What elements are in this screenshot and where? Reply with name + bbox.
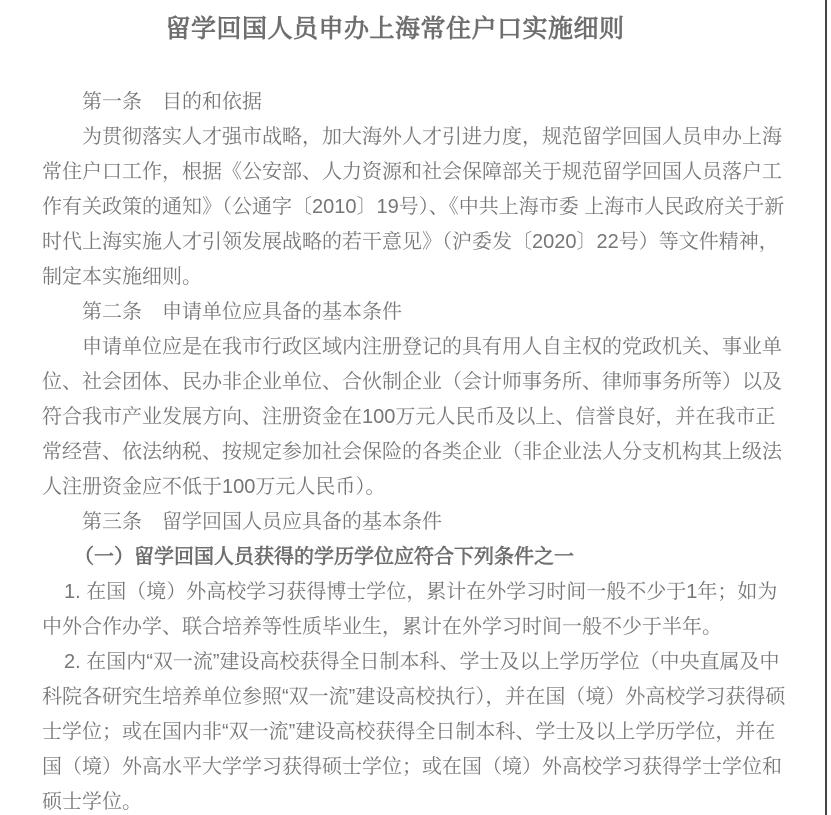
paragraph-body: 为贯彻落实人才强市战略，加大海外人才引进力度，规范留学回国人员申办上海常住户口工… bbox=[42, 120, 790, 295]
paragraph-num: 2. 在国内“双一流”建设高校获得全日制本科、学士及以上学历学位（中央直属及中科… bbox=[42, 645, 790, 815]
document-body: 第一条 目的和依据为贯彻落实人才强市战略，加大海外人才引进力度，规范留学回国人员… bbox=[42, 85, 790, 815]
paragraph-heading: 第三条 留学回国人员应具备的基本条件 bbox=[42, 505, 790, 540]
paragraph-bold: （一）留学回国人员获得的学历学位应符合下列条件之一 bbox=[42, 540, 790, 575]
window-right-edge-line bbox=[825, 0, 827, 815]
paragraph-heading: 第一条 目的和依据 bbox=[42, 85, 790, 120]
paragraph-heading: 第二条 申请单位应具备的基本条件 bbox=[42, 295, 790, 330]
document-page: 留学回国人员申办上海常住户口实施细则 第一条 目的和依据为贯彻落实人才强市战略，… bbox=[0, 0, 790, 815]
paragraph-body: 申请单位应是在我市行政区域内注册登记的具有用人自主权的党政机关、事业单位、社会团… bbox=[42, 330, 790, 505]
paragraph-num: 1. 在国（境）外高校学习获得博士学位，累计在外学习时间一般不少于1年；如为中外… bbox=[42, 575, 790, 645]
document-title: 留学回国人员申办上海常住户口实施细则 bbox=[0, 10, 790, 48]
